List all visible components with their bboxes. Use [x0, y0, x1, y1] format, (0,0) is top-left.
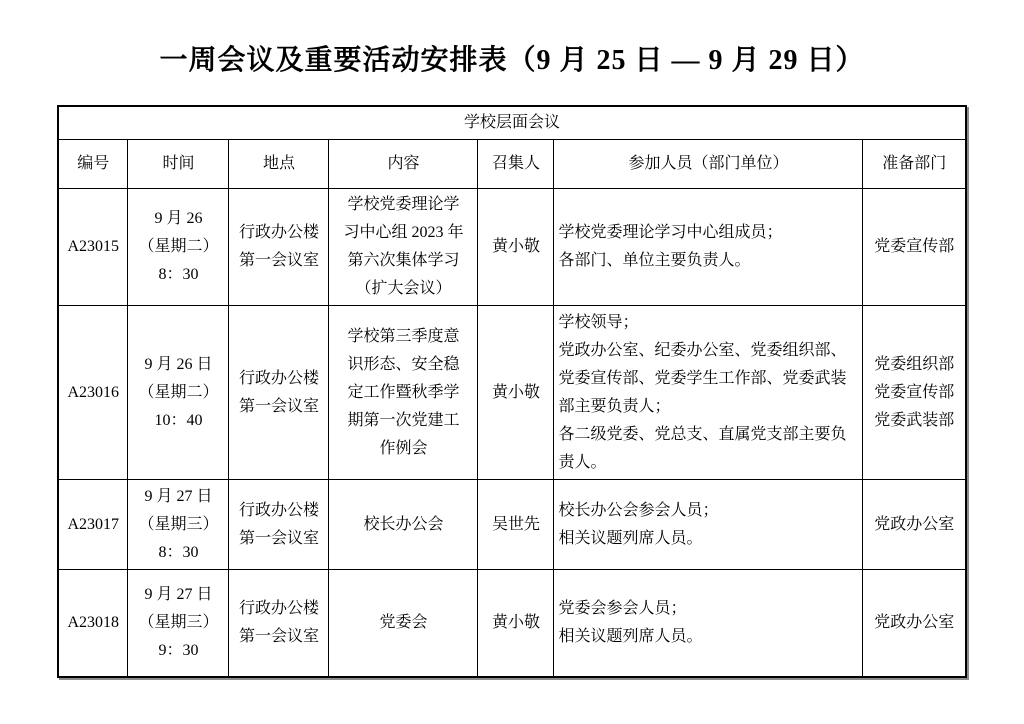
meeting-time: 9 月 26 日 （星期二） 10：40 [128, 306, 229, 480]
column-header-id: 编号 [58, 140, 128, 189]
meeting-id: A23017 [58, 480, 128, 570]
table-row: A230169 月 26 日 （星期二） 10：40行政办公楼 第一会议室学校第… [58, 306, 966, 480]
column-header-convener: 召集人 [478, 140, 554, 189]
prepare-department: 党委宣传部 [863, 189, 966, 306]
table-head: 学校层面会议 编号时间地点内容召集人参加人员（部门单位）准备部门 [58, 106, 966, 189]
meeting-location: 行政办公楼 第一会议室 [229, 189, 329, 306]
meeting-content: 学校第三季度意 识形态、安全稳 定工作暨秋季学 期第一次党建工 作例会 [329, 306, 478, 480]
meeting-id: A23016 [58, 306, 128, 480]
meeting-location: 行政办公楼 第一会议室 [229, 306, 329, 480]
meeting-participants: 学校党委理论学习中心组成员； 各部门、单位主要负责人。 [554, 189, 863, 306]
meeting-participants: 党委会参会人员； 相关议题列席人员。 [554, 570, 863, 678]
column-header-participants: 参加人员（部门单位） [554, 140, 863, 189]
table-row: A230189 月 27 日 （星期三） 9：30行政办公楼 第一会议室党委会黄… [58, 570, 966, 678]
column-header-prepare-department: 准备部门 [863, 140, 966, 189]
prepare-department: 党政办公室 [863, 480, 966, 570]
section-header: 学校层面会议 [58, 106, 966, 140]
meeting-location: 行政办公楼 第一会议室 [229, 570, 329, 678]
section-header-row: 学校层面会议 [58, 106, 966, 140]
meeting-location: 行政办公楼 第一会议室 [229, 480, 329, 570]
column-header-content: 内容 [329, 140, 478, 189]
meeting-rows: A230159 月 26 （星期二） 8：30行政办公楼 第一会议室学校党委理论… [58, 189, 966, 678]
meeting-participants: 校长办公会参会人员； 相关议题列席人员。 [554, 480, 863, 570]
page-title: 一周会议及重要活动安排表（9 月 25 日 — 9 月 29 日） [0, 0, 1024, 78]
meeting-id: A23015 [58, 189, 128, 306]
meeting-time: 9 月 27 日 （星期三） 9：30 [128, 570, 229, 678]
prepare-department: 党政办公室 [863, 570, 966, 678]
meeting-content: 党委会 [329, 570, 478, 678]
column-header-location: 地点 [229, 140, 329, 189]
document-page: 一周会议及重要活动安排表（9 月 25 日 — 9 月 29 日） 学校层面会议… [0, 0, 1024, 724]
meeting-id: A23018 [58, 570, 128, 678]
meeting-convener: 黄小敬 [478, 306, 554, 480]
meeting-schedule-table: 学校层面会议 编号时间地点内容召集人参加人员（部门单位）准备部门 A230159… [57, 105, 967, 678]
meeting-content: 校长办公会 [329, 480, 478, 570]
prepare-department: 党委组织部 党委宣传部 党委武装部 [863, 306, 966, 480]
column-header-row: 编号时间地点内容召集人参加人员（部门单位）准备部门 [58, 140, 966, 189]
table-row: A230179 月 27 日 （星期三） 8：30行政办公楼 第一会议室校长办公… [58, 480, 966, 570]
meeting-convener: 黄小敬 [478, 189, 554, 306]
table-row: A230159 月 26 （星期二） 8：30行政办公楼 第一会议室学校党委理论… [58, 189, 966, 306]
meeting-time: 9 月 27 日 （星期三） 8：30 [128, 480, 229, 570]
meeting-convener: 吴世先 [478, 480, 554, 570]
meeting-time: 9 月 26 （星期二） 8：30 [128, 189, 229, 306]
meeting-convener: 黄小敬 [478, 570, 554, 678]
meeting-participants: 学校领导； 党政办公室、纪委办公室、党委组织部、 党委宣传部、党委学生工作部、党… [554, 306, 863, 480]
column-header-time: 时间 [128, 140, 229, 189]
meeting-content: 学校党委理论学 习中心组 2023 年 第六次集体学习 （扩大会议） [329, 189, 478, 306]
